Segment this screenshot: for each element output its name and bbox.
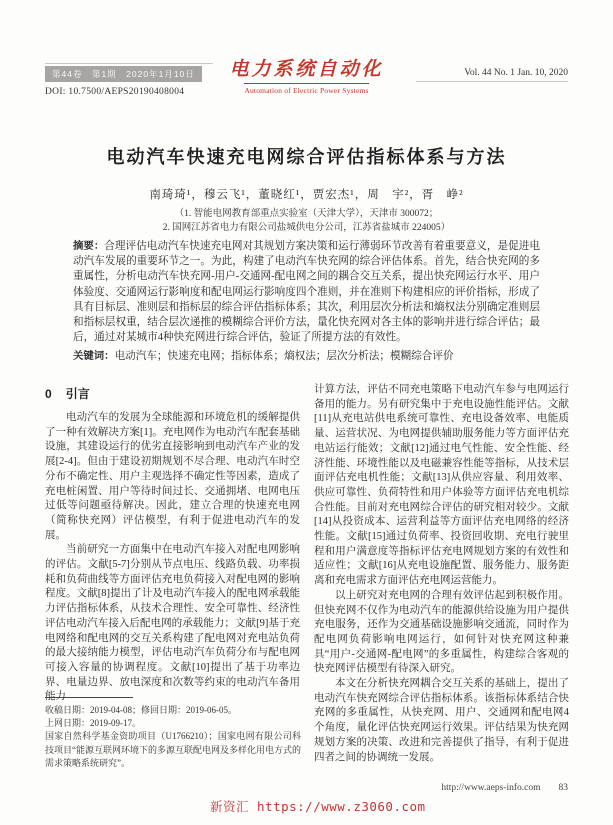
affiliation-1: （1. 智能电网教育部重点实验室（天津大学），天津市 300072； bbox=[0, 205, 613, 219]
volume-info: Vol. 44 No. 1 Jan. 10, 2020 bbox=[464, 68, 568, 78]
footnote-online-date: 上网日期：2019-09-17。 bbox=[45, 717, 301, 730]
watermark-text: 新资汇 https://www.z3060.com bbox=[210, 797, 426, 815]
footnote-funding: 国家自然科学基金资助项目（U1766210）；国家电网有限公司科技项目“能源互联… bbox=[45, 730, 301, 770]
section-number: 0 bbox=[45, 387, 52, 401]
keywords-text: 电动汽车；快速充电网；指标体系；熵权法；层次分析法；模糊综合评价 bbox=[115, 351, 454, 362]
abstract-text: 合理评估电动汽车快速充电网对其规划方案决策和运行薄弱环节改善有着重要意义，是促进… bbox=[73, 241, 540, 343]
section-title: 引言 bbox=[66, 387, 90, 401]
doi-text: DOI: 10.7500/AEPS20190408004 bbox=[45, 87, 184, 97]
authors-line: 南琦琦¹，穆云飞¹，董晓红¹，贾宏杰¹，周 宇²，胥 峥² bbox=[0, 186, 613, 202]
paragraph-intro-2: 当前研究一方面集中在电动汽车接入对配电网影响的评估。文献[5-7]分别从节点电压… bbox=[45, 543, 300, 705]
abstract-label: 摘要： bbox=[73, 241, 104, 252]
section-heading: 0引言 bbox=[45, 385, 300, 402]
paragraph-intro-5: 本文在分析快充网耦合交互关系的基础上，提出了电动汽车快充网综合评估指标体系。该指… bbox=[314, 677, 569, 765]
footnote: 收稿日期：2019-04-08；修回日期：2019-06-05。 上网日期：20… bbox=[45, 697, 301, 770]
header-rule-left bbox=[45, 63, 213, 64]
journal-name-en: Automation of Electric Power Systems bbox=[244, 83, 368, 95]
journal-name-cn: 电力系统自动化 bbox=[229, 60, 383, 80]
keywords: 关键词：电动汽车；快速充电网；指标体系；熵权法；层次分析法；模糊综合评价 bbox=[73, 349, 540, 364]
paper-title: 电动汽车快速充电网综合评估指标体系与方法 bbox=[0, 143, 613, 169]
footnote-rule bbox=[45, 697, 133, 698]
journal-logo: 电力系统自动化 Automation of Electric Power Sys… bbox=[229, 60, 383, 98]
affiliation-2: 2. 国网江苏省电力有限公司盐城供电分公司，江苏省盐城市 224005） bbox=[0, 219, 613, 233]
keywords-label: 关键词： bbox=[73, 351, 115, 362]
issue-badge: 第44卷 第1期 2020年1月10日 bbox=[45, 66, 202, 82]
paragraph-intro-1: 电动汽车的发展为全球能源和环境危机的缓解提供了一种有效解决方案[1]。充电网作为… bbox=[45, 411, 300, 543]
journal-website-url: http://www.aeps-info.com bbox=[441, 783, 540, 793]
header-rule-right bbox=[416, 81, 568, 82]
page-number: 83 bbox=[559, 783, 569, 793]
page-footer: http://www.aeps-info.com83 bbox=[441, 783, 568, 793]
paragraph-intro-3: 计算方法，评估不同充电策略下电动汽车参与电网运行备用的能力。另有研究集中于充电设… bbox=[314, 383, 569, 589]
left-column: 0引言 电动汽车的发展为全球能源和环境危机的缓解提供了一种有效解决方案[1]。充… bbox=[45, 383, 300, 705]
abstract: 摘要：合理评估电动汽车快速充电网对其规划方案决策和运行薄弱环节改善有着重要意义，… bbox=[73, 239, 540, 345]
paragraph-intro-4: 以上研究对充电网的合理有效评估起到积极作用。但快充网不仅作为电动汽车的能源供给设… bbox=[314, 589, 569, 677]
right-column: 计算方法，评估不同充电策略下电动汽车参与电网运行备用的能力。另有研究集中于充电设… bbox=[314, 383, 569, 765]
footnote-received-date: 收稿日期：2019-04-08；修回日期：2019-06-05。 bbox=[45, 704, 301, 717]
paper-page: 第44卷 第1期 2020年1月10日 DOI: 10.7500/AEPS201… bbox=[0, 0, 613, 825]
